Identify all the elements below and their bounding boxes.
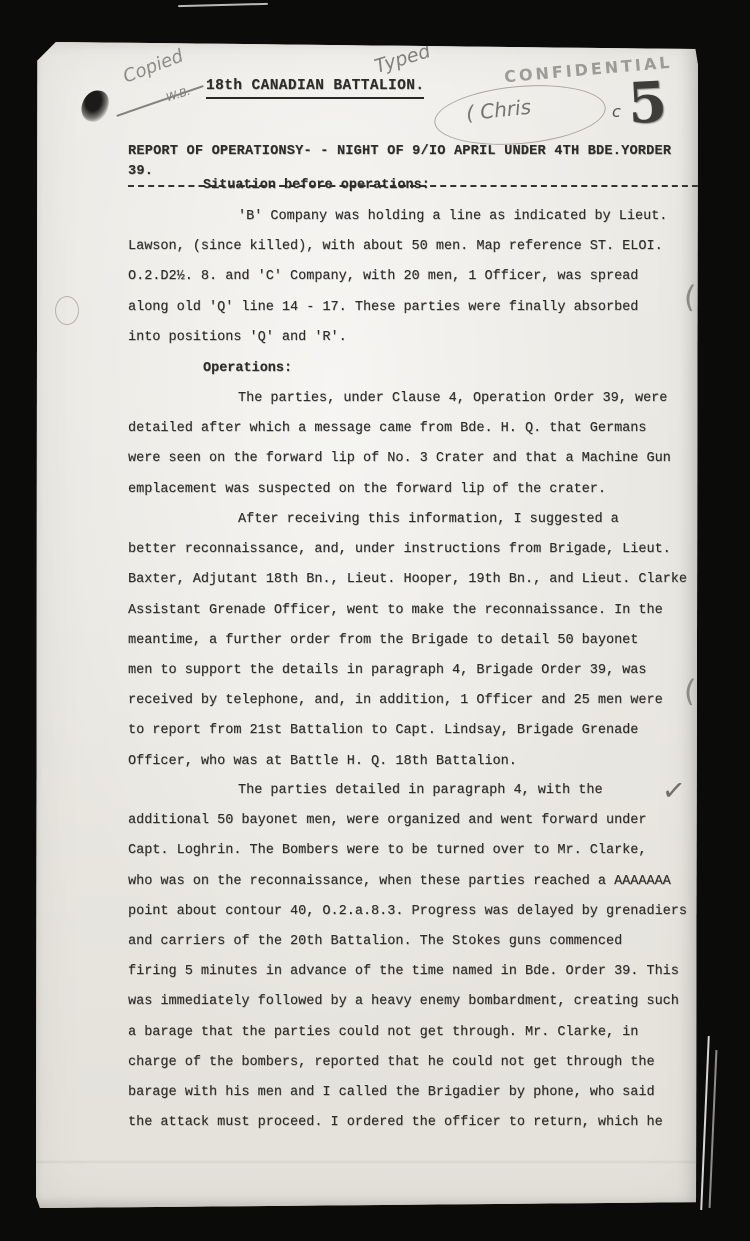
hole-punch-circle [55,296,79,325]
operations-section-heading: Operations: [203,354,292,384]
operations-paragraph-2: After receiving this information, I sugg… [128,505,750,777]
handwritten-typed-note: Typed [372,40,433,78]
paper-crease [36,1160,698,1164]
handwritten-copied-note: Copied [120,45,186,87]
battalion-title: 18th CANADIAN BATTALION. [206,76,424,99]
operations-paragraph-1: The parties, under Clause 4, Operation O… [128,384,750,505]
situation-section-heading: Situation before operations: [203,171,430,201]
page-curl-edge-line [709,1050,717,1208]
scanned-document: { "colors": { "background": "#0b0b0a", "… [0,0,750,1241]
operations-paragraph-3: The parties detailed in paragraph 4, wit… [128,776,750,1138]
classification-letter: c [612,102,621,121]
document-page: Copied W.B. Typed CONFIDENTIAL ( Chris c… [36,42,698,1208]
scanner-scratch-mark [178,3,268,7]
situation-paragraph: 'B' Company was holding a line as indica… [128,202,750,353]
handwritten-underline-stroke [116,85,204,117]
ink-smudge-mark [79,88,111,125]
page-curl-edge-line [700,1036,710,1210]
page-number: 5 [626,69,668,137]
